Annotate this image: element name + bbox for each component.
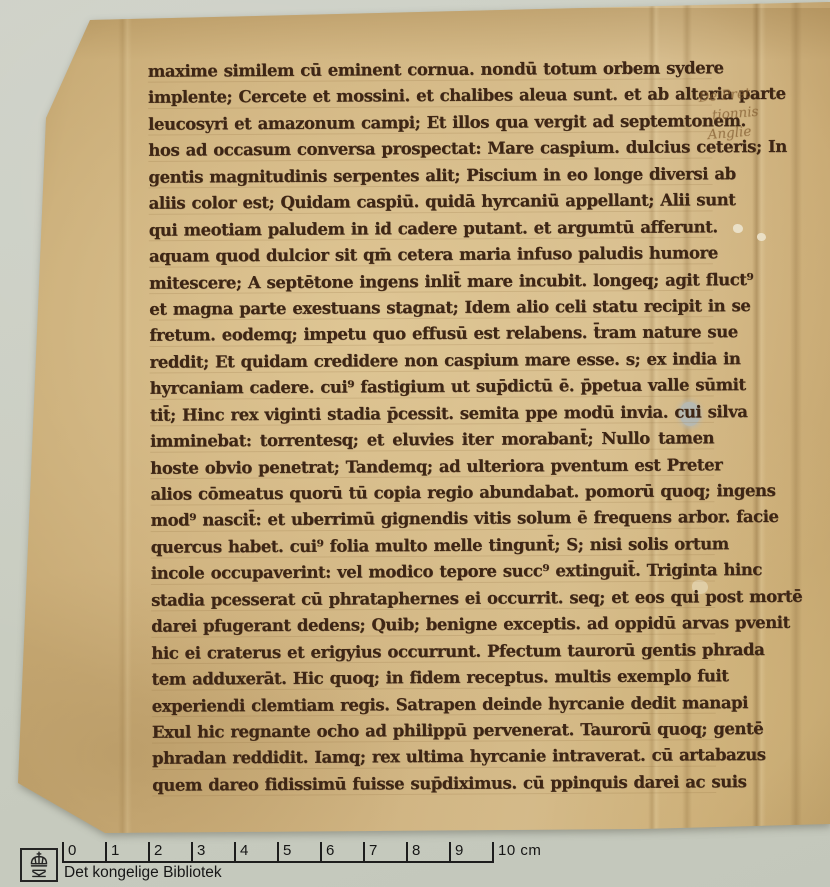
fold-crease: [752, 0, 766, 887]
ruler-tick: [363, 842, 365, 863]
ruler-tick-label: 8: [412, 842, 421, 859]
ruler-tick: [406, 842, 408, 863]
manuscript-line: Exul hic regnante ocho ad philippū perve…: [152, 716, 716, 746]
manuscript-line: quem dareo fidissimū fuisse sup̄diximus.…: [152, 769, 716, 799]
manuscript-line: hoste obvio penetrat; Tandemq; ad ulteri…: [150, 452, 714, 482]
margin-note: De PrettionnisAnglie: [698, 79, 813, 145]
footer-bar: 012345678910 cm Det kongelige Bibliotek: [0, 840, 830, 887]
manuscript-line: mitescere; A septētone ingens inlit̄ mar…: [149, 267, 713, 297]
parchment-repair-patch: [680, 402, 700, 426]
fold-crease: [648, 0, 660, 887]
ruler-tick-label: 2: [154, 842, 163, 859]
ruler-tick: [148, 842, 150, 863]
parchment-spot: [757, 233, 766, 241]
ruler-tick: [105, 842, 107, 863]
ruler-tick: [492, 842, 494, 863]
manuscript-line: stadia pcesserat cū phrataphernes ei occ…: [151, 584, 715, 614]
manuscript-line: hic ei craterus et erigyius occurrunt. P…: [151, 637, 715, 667]
manuscript-line: incole occupaverint: vel modico tepore s…: [151, 558, 715, 588]
ruler-tick-label: 7: [369, 842, 378, 859]
ruler-tick-label: 1: [111, 842, 120, 859]
manuscript-line: alios cōmeatus quorū tū copia regio abun…: [150, 478, 714, 508]
royal-library-logo: [20, 848, 58, 882]
manuscript-line: fretum. eodemq; impetu quo effusū est re…: [149, 320, 713, 350]
ruler-tick-label: 5: [283, 842, 292, 859]
ruler-tick: [191, 842, 193, 863]
parchment-spot: [733, 224, 743, 233]
ruler-tick-label: 6: [326, 842, 335, 859]
ruler-tick-label: 4: [240, 842, 249, 859]
manuscript-line: tit̄; Hinc rex viginti stadia p̄cessit. …: [150, 399, 714, 429]
manuscript-line: aliis color est; Quidam caspiū. quidā hy…: [149, 187, 713, 217]
ruler-tick: [449, 842, 451, 863]
parchment-top-shading: [60, 8, 830, 60]
manuscript-line: hyrcaniam cadere. cui⁹ fastigium ut sup̄…: [150, 373, 714, 403]
parchment-spot: [692, 580, 708, 594]
manuscript-line: quercus habet. cui⁹ folia multo melle ti…: [151, 531, 715, 561]
parchment-leaf: maxime similem cū eminent cornua. nondū …: [0, 0, 830, 887]
manuscript-line: gentis magnitudinis serpentes alit; Pisc…: [148, 161, 712, 191]
margin-note-line: tionnis: [699, 98, 810, 127]
ruler-tick: [62, 842, 64, 863]
manuscript-line: darei pfugerant dedens; Quib; benigne ex…: [151, 610, 715, 640]
fold-crease: [118, 0, 132, 887]
manuscript-line: experiendi clemtiam regis. Satrapen dein…: [152, 690, 716, 720]
margin-note-line: De Pret: [698, 79, 809, 108]
manuscript-line: imminebat: torrentesq; et eluvies iter m…: [150, 425, 714, 455]
crown-book-icon: [22, 850, 56, 880]
text-block: maxime similem cū eminent cornua. nondū …: [148, 55, 717, 799]
manuscript-line: maxime similem cū eminent cornua. nondū …: [148, 55, 712, 85]
library-name: Det kongelige Bibliotek: [64, 864, 222, 882]
fold-crease: [682, 0, 692, 887]
manuscript-line: implente; Cercete et mossini. et chalibe…: [148, 82, 712, 112]
margin-note-line: Anglie: [701, 117, 812, 146]
ruler-tick-label: 9: [455, 842, 464, 859]
manuscript-line: phradan reddidit. Iamq; rex ultima hyrca…: [152, 743, 716, 773]
manuscript-line: qui meotiam paludem in id cadere putant.…: [149, 214, 713, 244]
manuscript-line: et magna parte exestuans stagnat; Idem a…: [149, 293, 713, 323]
manuscript-line: aquam quod dulcior sit qm̄ cetera maria …: [149, 240, 713, 270]
fold-crease: [790, 0, 802, 887]
manuscript-line: tem adduxerāt. Hic quoq; in fidem recept…: [151, 663, 715, 693]
ruler-tick: [277, 842, 279, 863]
ruler-tick: [320, 842, 322, 863]
manuscript-line: mod⁹ nascit̄: et uberrimū gignendis viti…: [150, 505, 714, 535]
manuscript-line: reddit; Et quidam credidere non caspium …: [150, 346, 714, 376]
ruler-end-label: 10 cm: [498, 842, 541, 859]
ruler-tick-label: 0: [68, 842, 77, 859]
manuscript-line: hos ad occasum conversa prospectat: Mare…: [148, 135, 712, 165]
manuscript-line: leucosyri et amazonum campi; Et illos qu…: [148, 108, 712, 138]
ruler-tick: [234, 842, 236, 863]
ruler-tick-label: 3: [197, 842, 206, 859]
manuscript-page: maxime similem cū eminent cornua. nondū …: [0, 0, 830, 887]
